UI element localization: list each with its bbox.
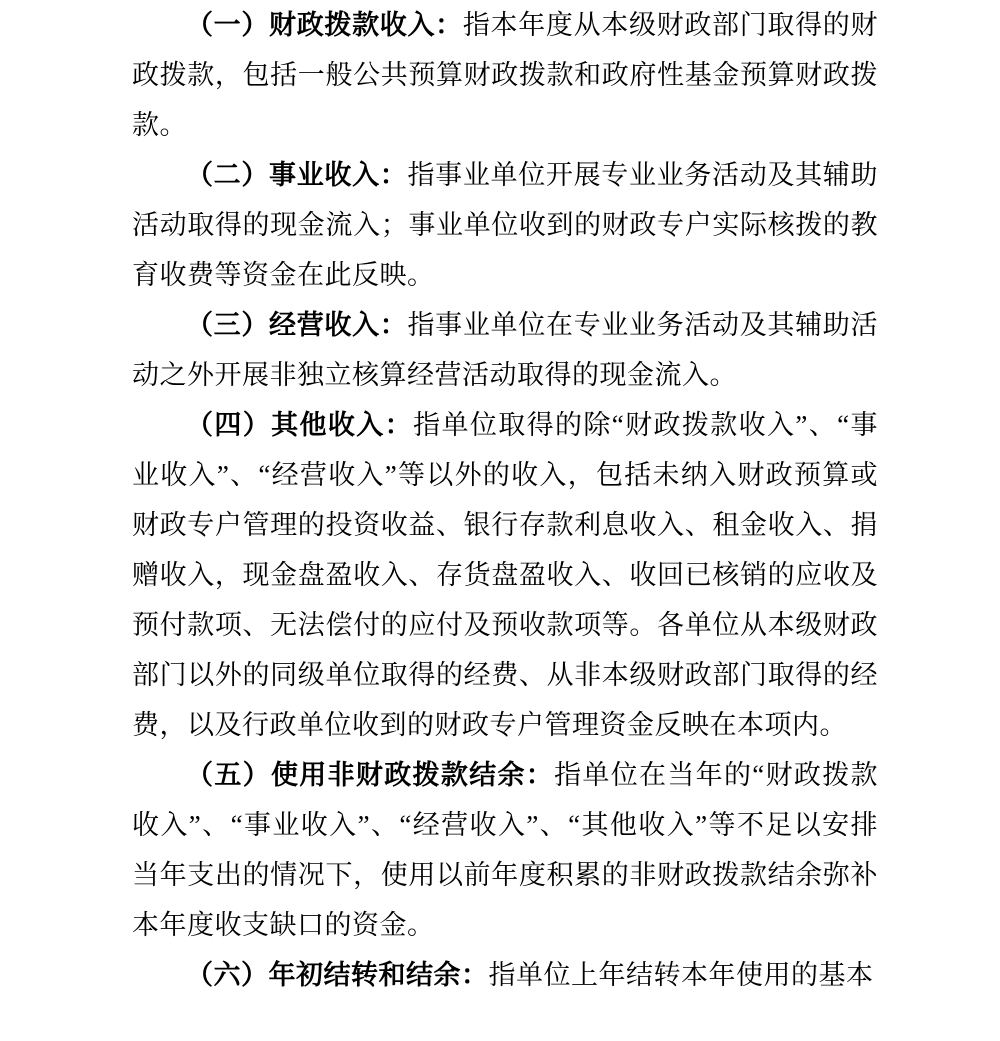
para-label: （二）事业收入： xyxy=(186,160,408,190)
para-text: 指单位取得的除“财政拨款收入”、“事业收入”、“经营收入”等以外的收入，包括未纳… xyxy=(132,410,878,740)
para-text: 指单位上年结转本年使用的基本 xyxy=(489,960,874,990)
paragraph-use-of-non-fiscal-surplus: （五）使用非财政拨款结余：指单位在当年的“财政拨款收入”、“事业收入”、“经营收… xyxy=(132,750,878,950)
paragraph-business-income: （二）事业收入：指事业单位开展专业业务活动及其辅助活动取得的现金流入；事业单位收… xyxy=(132,150,878,300)
paragraph-carryover-and-surplus: （六）年初结转和结余：指单位上年结转本年使用的基本 xyxy=(132,950,878,1000)
paragraph-fiscal-appropriation-income: （一）财政拨款收入：指本年度从本级财政部门取得的财政拨款，包括一般公共预算财政拨… xyxy=(132,0,878,150)
para-label: （六）年初结转和结余： xyxy=(186,960,489,990)
para-label: （三）经营收入： xyxy=(186,310,408,340)
paragraph-other-income: （四）其他收入：指单位取得的除“财政拨款收入”、“事业收入”、“经营收入”等以外… xyxy=(132,400,878,750)
paragraph-operating-income: （三）经营收入：指事业单位在专业业务活动及其辅助活动之外开展非独立核算经营活动取… xyxy=(132,300,878,400)
para-label: （五）使用非财政拨款结余： xyxy=(186,760,554,790)
para-label: （一）财政拨款收入： xyxy=(186,10,463,40)
document-page: （一）财政拨款收入：指本年度从本级财政部门取得的财政拨款，包括一般公共预算财政拨… xyxy=(0,0,1000,1041)
para-label: （四）其他收入： xyxy=(186,410,413,440)
